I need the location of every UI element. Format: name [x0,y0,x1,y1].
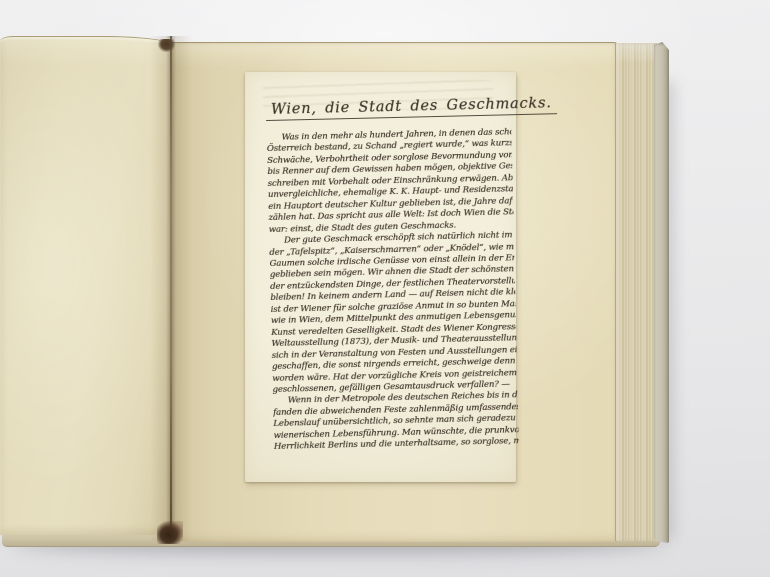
manuscript-title: Wien, die Stadt des Geschmacks. [266,93,511,118]
binding-notch-bottom [157,521,183,544]
manuscript-sheet: Wien, die Stadt des Geschmacks. Was in d… [245,72,516,482]
photo-studio-background: Wien, die Stadt des Geschmacks. Was in d… [0,0,770,577]
manuscript-text: Wien, die Stadt des Geschmacks. Was in d… [245,66,526,482]
album-left-blank-page [0,36,172,535]
album-deckled-fore-edge [615,43,657,541]
manuscript-lines: Was in den mehr als hundert Jahren, in d… [266,127,518,453]
manuscript-title-text: Wien, die Stadt des Geschmacks. [266,95,557,121]
album-back-cover-edge [654,42,669,543]
binding-notch-top [158,39,175,52]
